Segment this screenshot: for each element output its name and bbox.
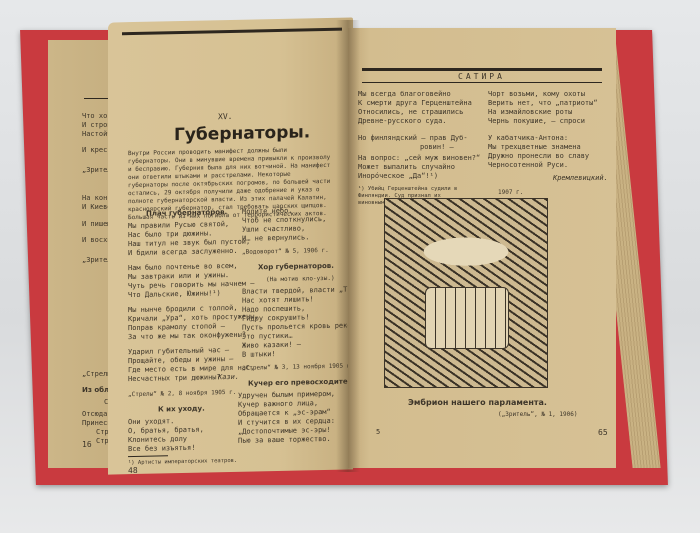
verse-line: На измайловские роты (488, 108, 572, 117)
verse-line: Мы всегда благоговейно (358, 90, 451, 99)
verse-line: Мы трехцветные знамена (488, 143, 581, 152)
page-number: 65 (598, 428, 608, 437)
verse-line: И… не вернулись. (242, 233, 309, 243)
signature: Кремлевицкий. (553, 174, 608, 183)
verse-line: Что Дальские, Южины!¹) (128, 289, 221, 300)
verse-line: Древне-русского суда. (358, 117, 447, 126)
verse-line: Дружно пронесли во славу (488, 152, 589, 161)
page-number: 16 (82, 440, 92, 449)
verse-line: За что же мы так оконфужены? (128, 331, 246, 342)
parliament-drum-detail (425, 287, 509, 349)
poem-title: К их уходу. (158, 405, 205, 415)
verse-line: Относились, не страшились (358, 108, 463, 117)
page-number: 48 (128, 466, 138, 475)
verse-line: Чорт возьми, кому охоты (488, 90, 585, 99)
footnote: ¹) Артисты императорских театров. (128, 457, 237, 468)
verse-line: Но финляндский — прав Дуб- (358, 134, 468, 143)
header-rule (362, 68, 602, 71)
left-page: XV. Губернаторы. Внутри России проводить… (108, 17, 353, 474)
illustration-caption: Эмбрион нашего парламента. (408, 398, 547, 407)
running-header: САТИРА (458, 72, 505, 81)
verse-line: На вопрос: „сей муж виновен?“ (358, 154, 480, 163)
footnote-rule (128, 455, 168, 457)
verse-line: Верить нет, что „патриоты“ (488, 99, 598, 108)
source-citation: „Водоворот“ № 5, 1906 г. (242, 246, 329, 257)
parliament-illustration (384, 198, 548, 388)
illustration-source: („Зритель“, № 1, 1906) (498, 410, 577, 419)
verse-line: Чернь покушие, — спроси (488, 117, 585, 126)
verse-line: Черносотенной Руси. (488, 161, 568, 170)
book-spine-gutter (336, 20, 360, 472)
poem-subtitle: (На мотив кло-узы.) (266, 274, 335, 284)
verse-line: И бдили всегда заслуженно. (128, 247, 238, 258)
chapter-number: XV. (218, 112, 232, 121)
source-citation: „Стрелы“ № 2, 8 ноября 1905 г. (128, 388, 236, 399)
verse-line: К смерти друга Герценштейна (358, 99, 472, 108)
verse-line: Все без изъятья! (128, 444, 195, 454)
verse-line: Пью за ваше торжество. (238, 435, 331, 446)
verse-line: В штыки! (242, 350, 276, 360)
verse-line: Несчастных три дюжины? (128, 373, 221, 384)
header-rule (122, 28, 342, 36)
poem-title: Хор губернаторов. (258, 262, 334, 273)
poem-title: Плач губернаторов. (146, 208, 227, 219)
year: 1907 г. (498, 188, 523, 197)
page-number: 5 (376, 428, 380, 437)
header-rule-thin (362, 82, 602, 83)
verse-line: ровин! — (420, 143, 454, 152)
verse-line: Может выпалить случайно (358, 163, 455, 172)
verse-line: У кабатчика-Антона: (488, 134, 568, 143)
chapter-title: Губернаторы. (174, 122, 310, 145)
verse-line: Иноро́ческое „Да“!¹) (358, 172, 438, 181)
signature: Кази. (218, 373, 239, 382)
